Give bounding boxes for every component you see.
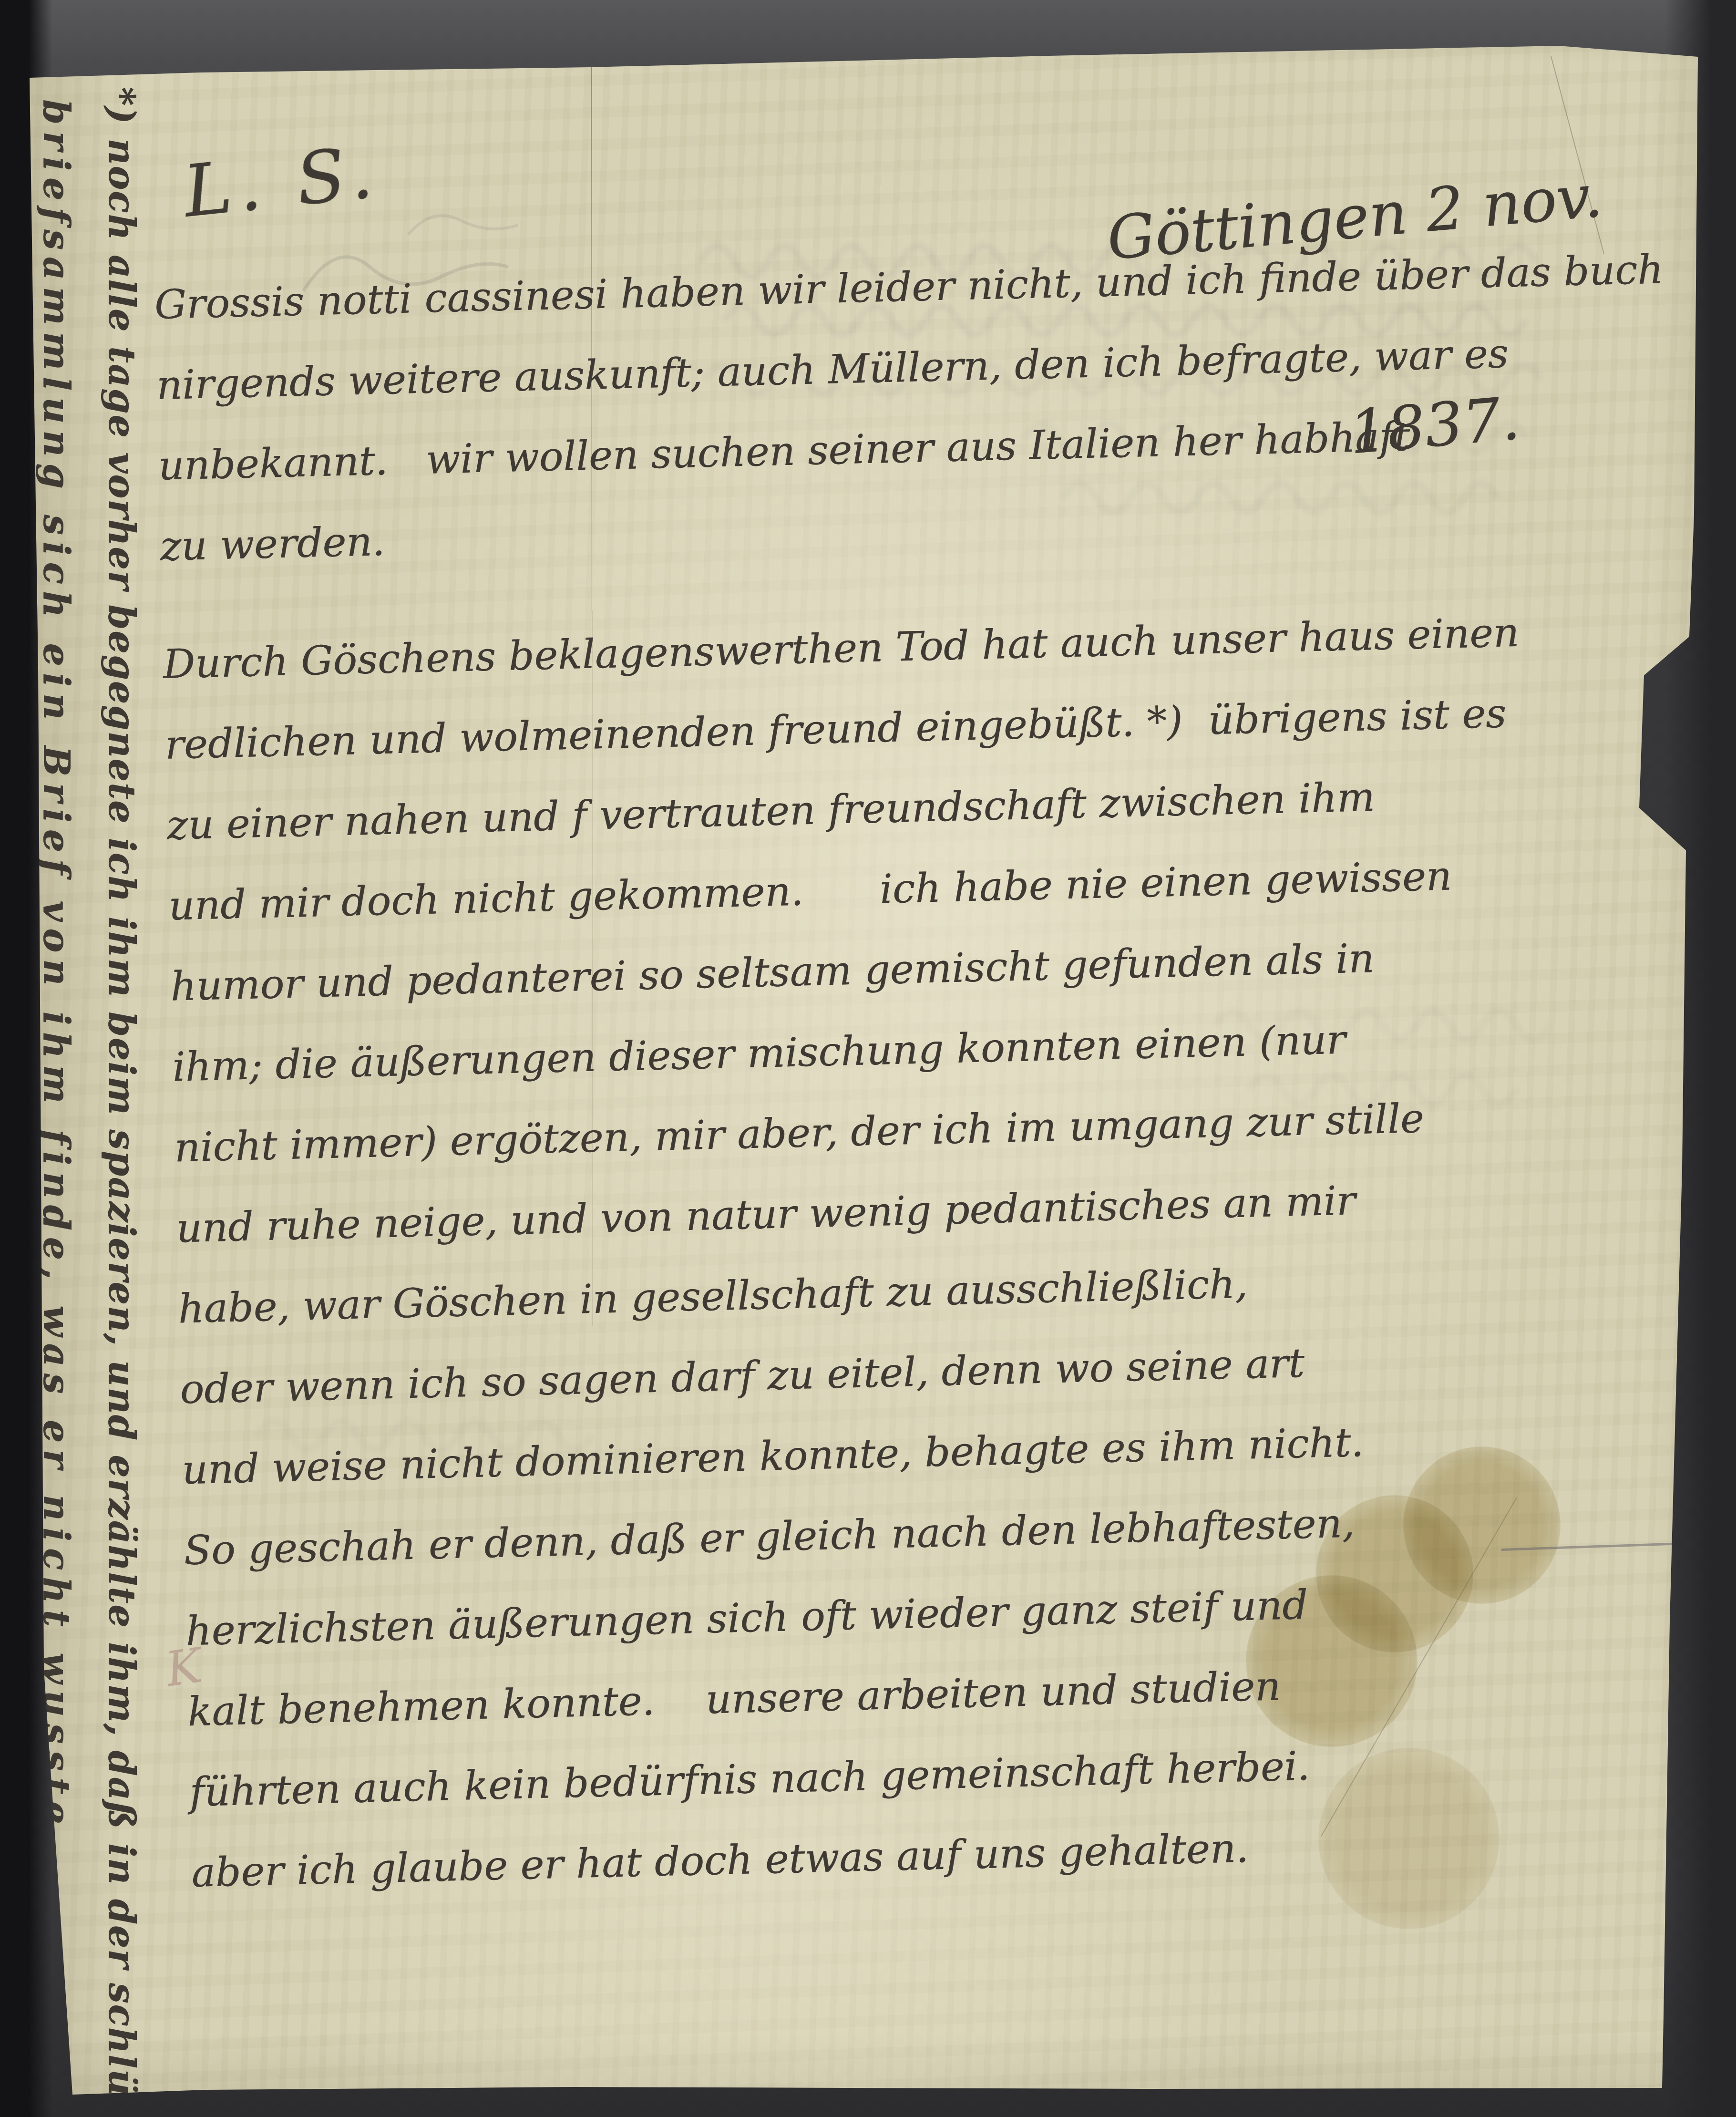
paragraph-1: Grossis notti cassinesi haben wir leider…	[154, 228, 1715, 587]
letter-paper: Göttingen 2 nov. 1837. L. S. Grossis not…	[0, 0, 1736, 2117]
margin-note-inner-line: *) noch alle tage vorher begegnete ich i…	[98, 87, 145, 2090]
pencil-k-annotation: K	[162, 1637, 205, 1697]
letter-body: Grossis notti cassinesi haben wir leider…	[154, 228, 1736, 1913]
paragraph-2: Durch Göschens beklagenswerthen Tod hat …	[162, 588, 1736, 1913]
scanned-letter-page: Göttingen 2 nov. 1837. L. S. Grossis not…	[0, 0, 1736, 2117]
pencil-scribble	[408, 216, 518, 235]
